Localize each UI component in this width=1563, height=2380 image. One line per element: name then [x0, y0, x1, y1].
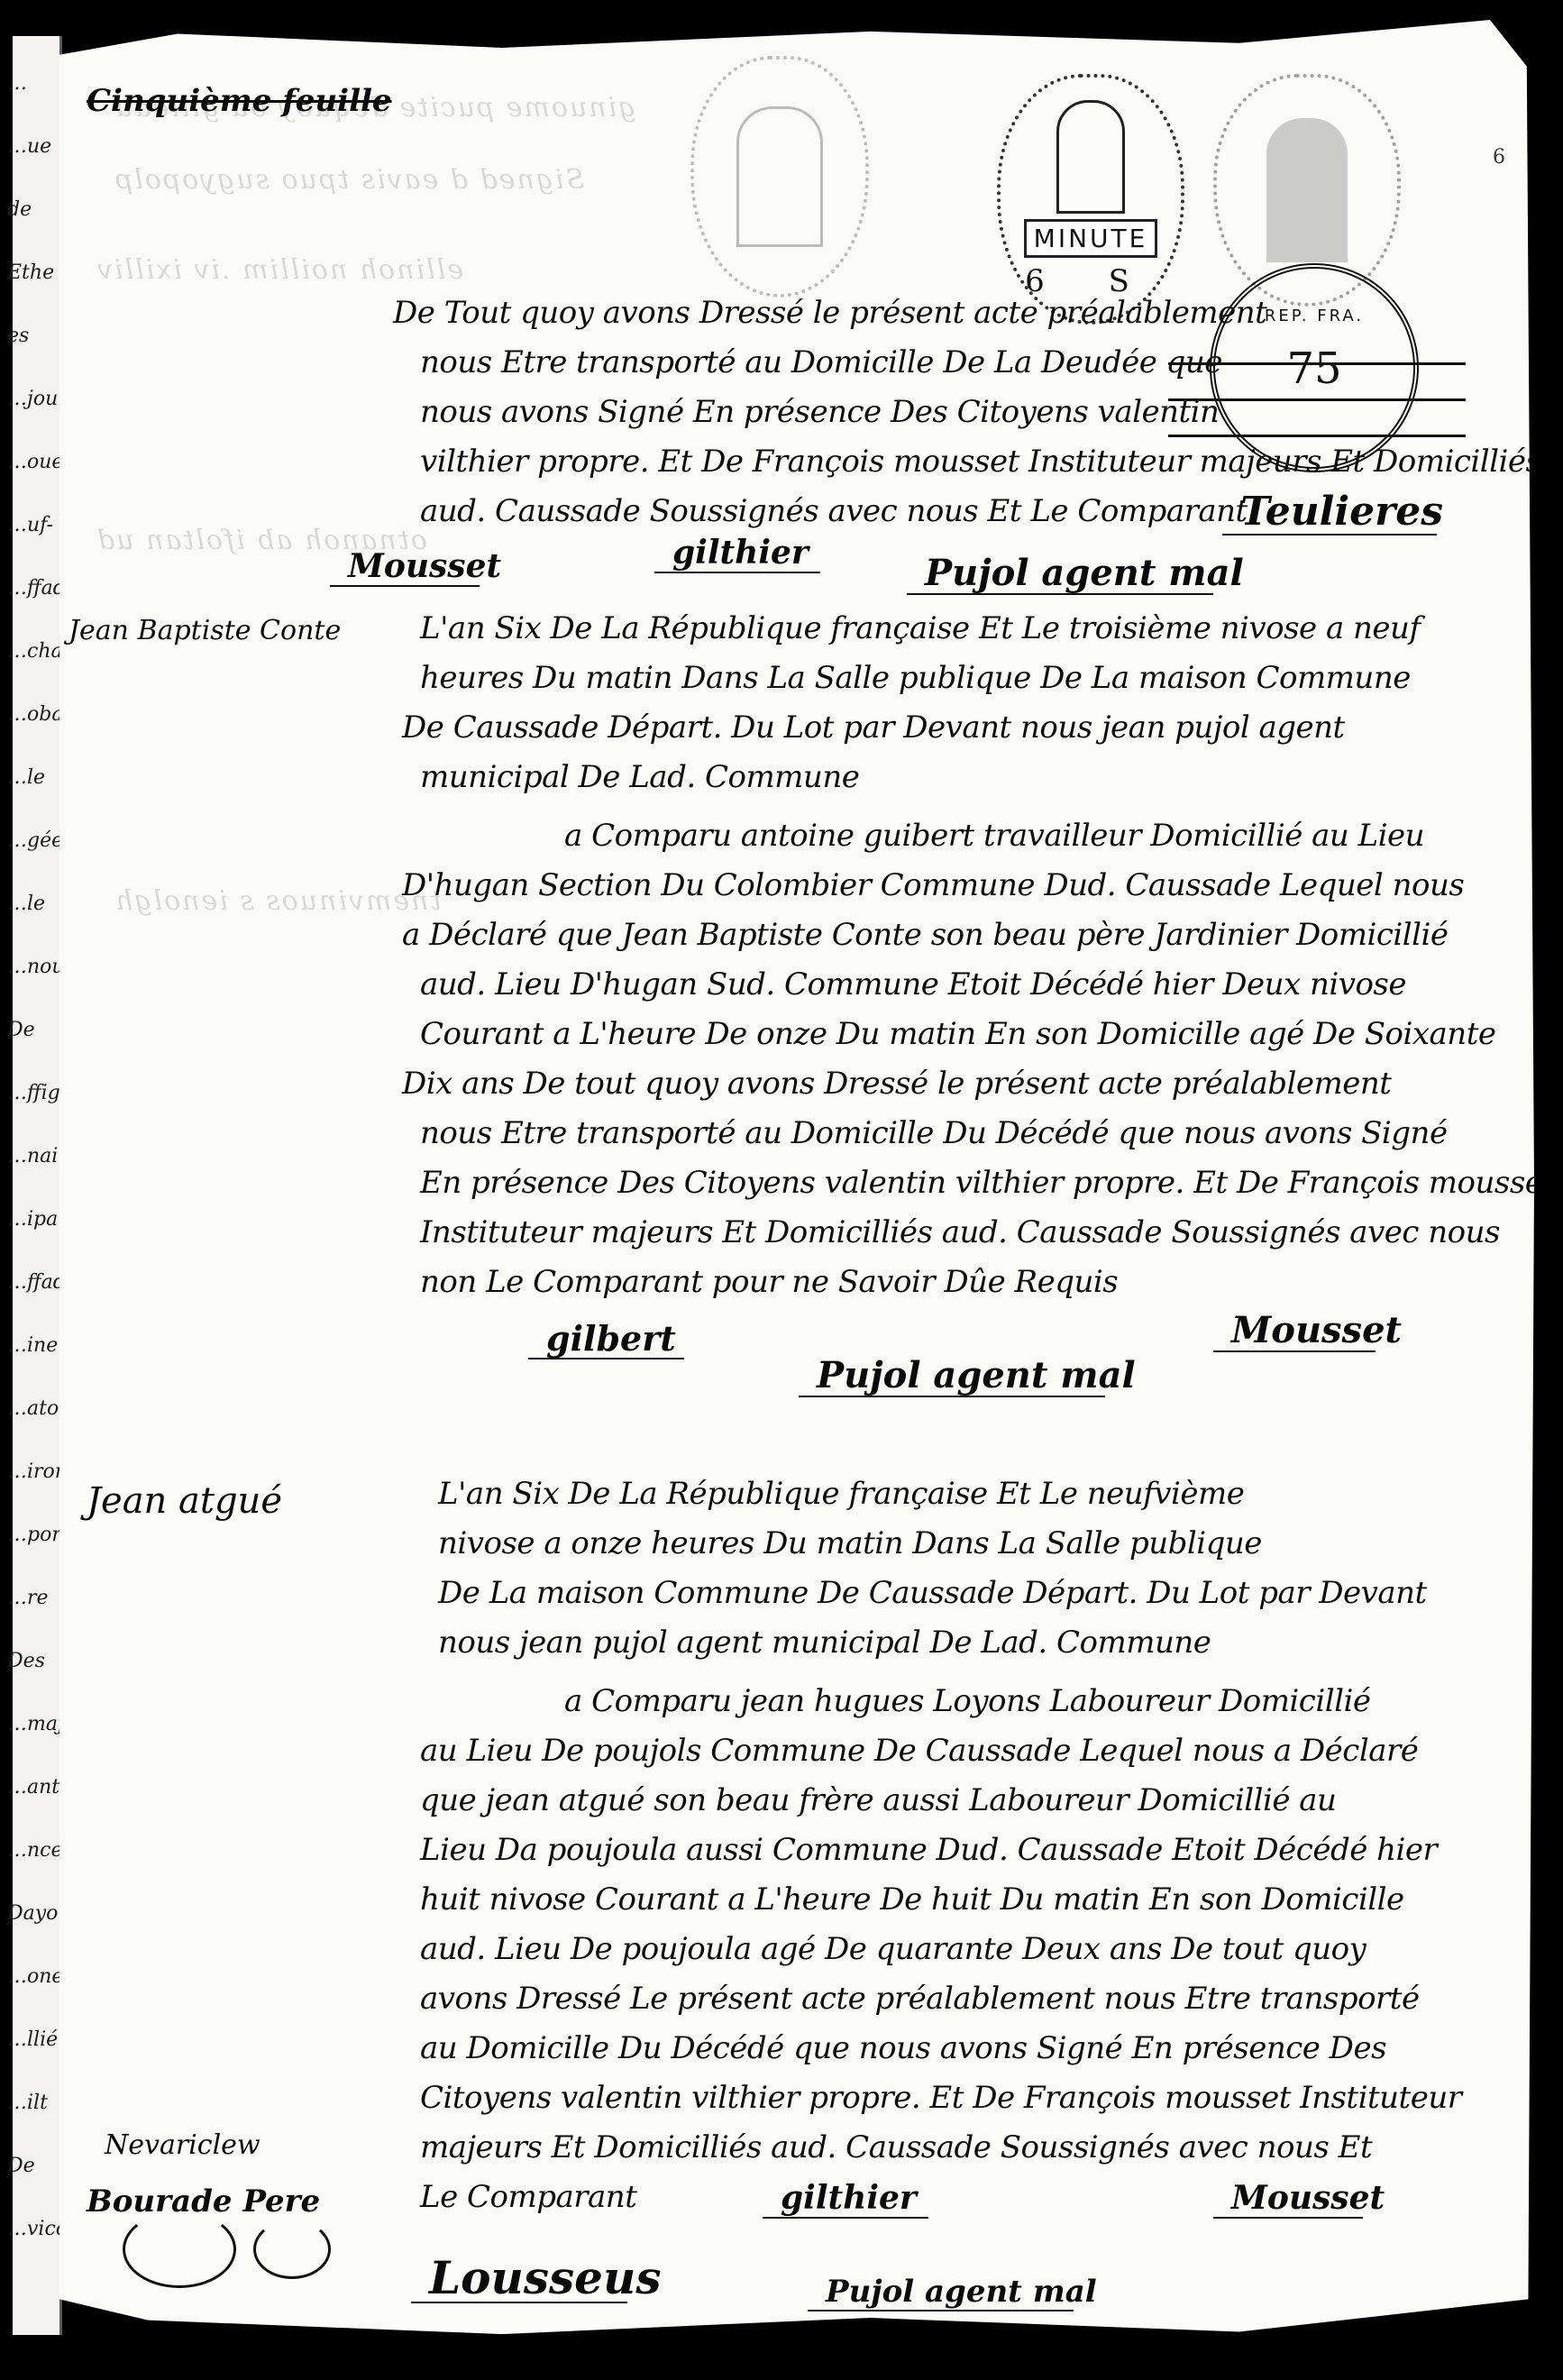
- handwritten-line: que jean atgué son beau frère aussi Labo…: [420, 1782, 1336, 1818]
- page-number: 6: [1493, 146, 1505, 169]
- signature: Lousseus: [429, 2251, 661, 2304]
- handwritten-line: municipal De Lad. Commune: [420, 759, 859, 795]
- handwritten-line: Courant a L'heure De onze Du matin En so…: [420, 1016, 1496, 1052]
- handwritten-line: a Comparu jean hugues Loyons Laboureur D…: [564, 1683, 1370, 1719]
- handwritten-line: Le Comparant: [420, 2179, 636, 2215]
- handwritten-line: Dix ans De tout quoy avons Dressé le pré…: [402, 1066, 1391, 1102]
- header-note: Cinquième feuille: [87, 83, 392, 119]
- stamp-label: MINUTE: [1024, 219, 1158, 258]
- signature-underline: [411, 2302, 627, 2303]
- signature: Pujol agent mal: [826, 2274, 1097, 2310]
- adjacent-page-strip: ……uedeEthees…jours…ouen…uf-…ffade…chad.……: [13, 36, 62, 2335]
- margin-fragment: De: [7, 2155, 35, 2177]
- margin-fragment: …le: [7, 892, 45, 915]
- signature-flourish: [253, 2220, 331, 2279]
- handwritten-line: a Comparu antoine guibert travailleur Do…: [564, 818, 1424, 854]
- handwritten-line: Lieu Da poujoula aussi Commune Dud. Caus…: [420, 1832, 1437, 1868]
- margin-fragment: …gée: [7, 829, 63, 852]
- margin-fragment: De: [7, 1019, 35, 1041]
- handwritten-line: au Domicille Du Décédé que nous avons Si…: [420, 2030, 1386, 2066]
- handwritten-line: vilthier propre. Et De François mousset …: [420, 444, 1540, 480]
- signature-underline: [907, 593, 1213, 595]
- margin-fragment: …ato: [7, 1397, 59, 1420]
- signature-underline: [654, 572, 820, 573]
- signature-flourish: [123, 2211, 236, 2288]
- margin-fragment: …vico: [7, 2218, 68, 2240]
- handwritten-line: aud. Lieu D'hugan Sud. Commune Etoit Déc…: [420, 966, 1406, 1002]
- scanned-page: ……uedeEthees…jours…ouen…uf-…ffade…chad.……: [0, 0, 1563, 2380]
- margin-fragment: Dayo: [7, 1902, 58, 1925]
- handwritten-line: avons Dressé Le présent acte préalableme…: [420, 1981, 1420, 2017]
- signature-underline: [799, 1396, 1105, 1397]
- signature: Mousset: [1231, 1309, 1402, 1351]
- margin-fragment: …iron: [7, 1460, 68, 1483]
- signature-underline: [330, 585, 480, 587]
- handwritten-line: a Déclaré que Jean Baptiste Conte son be…: [402, 917, 1449, 953]
- handwritten-line: D'hugan Section Du Colombier Commune Dud…: [402, 867, 1464, 903]
- seal-text: REP. FRA.: [1265, 307, 1364, 325]
- margin-fragment: Des: [7, 1650, 45, 1672]
- handwritten-line: non Le Comparant pour ne Savoir Dûe Requ…: [420, 1264, 1118, 1300]
- signature: Mousset: [348, 547, 501, 585]
- handwritten-line: majeurs Et Domicilliés aud. Caussade Sou…: [420, 2129, 1372, 2165]
- margin-fragment: …le: [7, 766, 45, 789]
- margin-fragment: de: [7, 198, 32, 221]
- stamp-figure-icon: [736, 106, 823, 247]
- margin-name-jean-atgue: Jean atgué: [87, 1480, 282, 1522]
- signature-underline: [808, 2310, 1074, 2311]
- stamp-figure-icon: [1056, 100, 1125, 214]
- handwritten-line: aud. Caussade Soussignés avec nous Et Le…: [420, 493, 1248, 529]
- bleed-through-text: Signed d eavis tpuo sugyopolp: [114, 164, 584, 196]
- margin-fragment: …re: [7, 1587, 49, 1609]
- handwritten-line: nous jean pujol agent municipal De Lad. …: [438, 1625, 1211, 1661]
- handwritten-line: heures Du matin Dans La Salle publique D…: [420, 660, 1411, 696]
- handwritten-line: au Lieu De poujols Commune De Caussade L…: [420, 1733, 1418, 1769]
- handwritten-line: huit nivose Courant a L'heure De huit Du…: [420, 1881, 1404, 1918]
- handwritten-line: nous avons Signé En présence Des Citoyen…: [420, 394, 1219, 430]
- handwritten-line: De La maison Commune De Caussade Départ.…: [438, 1575, 1427, 1611]
- handwritten-line: L'an Six De La République française Et L…: [438, 1476, 1244, 1512]
- margin-fragment: …ue: [7, 135, 51, 158]
- handwritten-line: aud. Lieu De poujoula agé De quarante De…: [420, 1931, 1366, 1967]
- signature: gilthier: [672, 534, 809, 572]
- signature: Pujol agent mal: [817, 1354, 1136, 1396]
- margin-fragment: …ilt: [7, 2092, 48, 2114]
- handwritten-line: En présence Des Citoyens valentin vilthi…: [420, 1165, 1555, 1201]
- margin-fragment: …: [7, 72, 27, 95]
- signature: gilbert: [546, 1318, 676, 1359]
- margin-fragment: …llié: [7, 2028, 58, 2051]
- margin-bottom-label: Nevariclew: [105, 2129, 260, 2161]
- strike-line: [1168, 435, 1466, 437]
- bleed-through-text: ellinoh noillim .iv ixilliv: [96, 254, 463, 286]
- register-page: ginuome pucite dequoy ou gilleau Signed …: [59, 20, 1534, 2346]
- signature-underline: [1222, 534, 1437, 535]
- handwritten-line: L'an Six De La République française Et L…: [420, 610, 1421, 646]
- margin-fragment: …nou: [7, 956, 65, 978]
- signature: gilthier: [781, 2179, 917, 2217]
- handwritten-line: Citoyens valentin vilthier propre. Et De…: [420, 2080, 1461, 2116]
- margin-name-jean-baptiste-conte: Jean Baptiste Conte: [69, 615, 341, 646]
- handwritten-line: nous Etre transporté au Domicille Du Déc…: [420, 1115, 1448, 1151]
- margin-fragment: …nai: [7, 1145, 58, 1167]
- margin-fragment: …uf-: [7, 514, 53, 536]
- stamp-value: 6 S: [1025, 263, 1156, 299]
- signature-underline: [1213, 1350, 1376, 1352]
- signature-underline: [763, 2217, 928, 2219]
- margin-fragment: …one: [7, 1965, 63, 1988]
- tax-stamp-faded-left: [690, 56, 869, 297]
- tax-stamp-minute: MINUTE 6 S: [997, 74, 1184, 325]
- stamp-figure-icon: [1266, 118, 1348, 262]
- handwritten-line: nivose a onze heures Du matin Dans La Sa…: [438, 1525, 1262, 1561]
- handwritten-line: Instituteur majeurs Et Domicilliés aud. …: [420, 1214, 1500, 1250]
- signature-underline: [528, 1358, 684, 1359]
- handwritten-line: nous Etre transporté au Domicille De La …: [420, 344, 1222, 380]
- seal-value: 75: [1286, 343, 1341, 394]
- margin-fragment: es: [7, 325, 29, 347]
- margin-fragment: …ipa: [7, 1208, 58, 1231]
- handwritten-line: De Caussade Départ. Du Lot par Devant no…: [402, 709, 1345, 746]
- handwritten-line: De Tout quoy avons Dressé le présent act…: [393, 295, 1266, 331]
- signature-underline: [1213, 2217, 1363, 2219]
- signature: Mousset: [1231, 2179, 1385, 2217]
- signature: Teulieres: [1240, 489, 1443, 535]
- margin-fragment: …ine: [7, 1334, 58, 1357]
- bleed-through-text: tnemvinuos s ienolgh: [114, 885, 442, 917]
- margin-fragment: Ethe: [7, 261, 54, 284]
- signature: Pujol agent mal: [925, 552, 1244, 594]
